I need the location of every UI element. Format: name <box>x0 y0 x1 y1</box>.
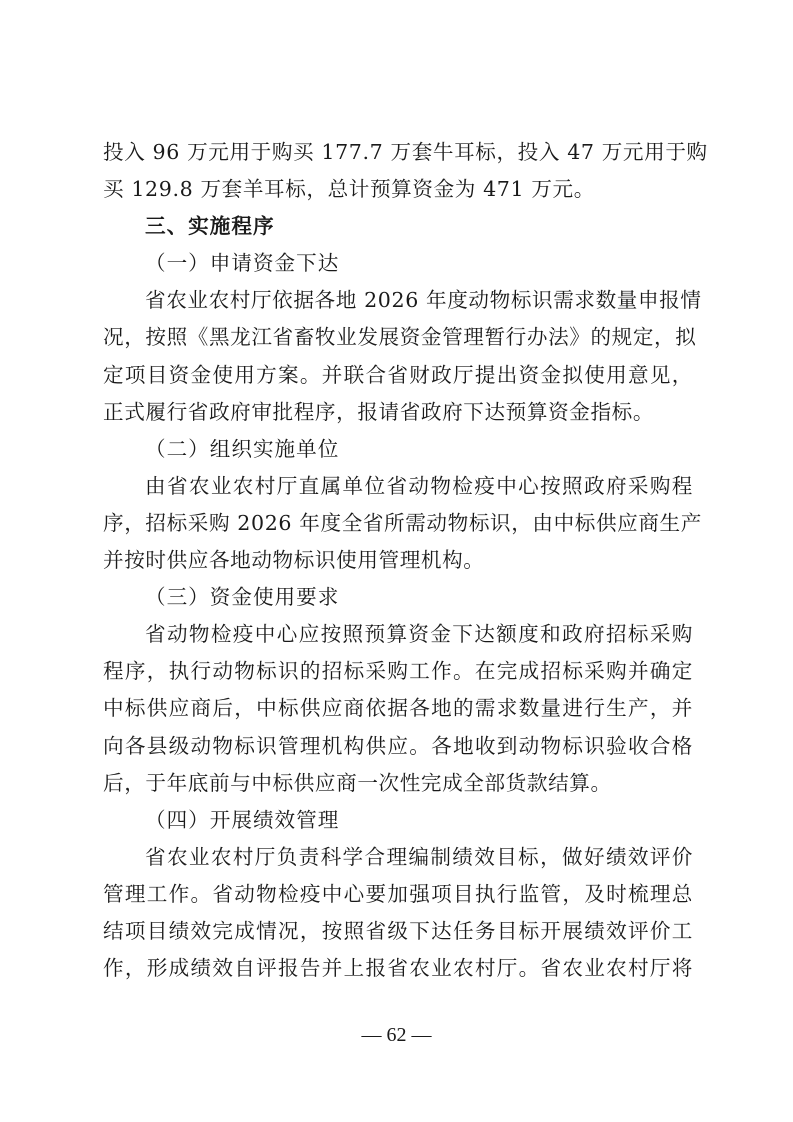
subsection-heading-fund-allocation: （一）申请资金下达 <box>103 245 693 282</box>
text-line: 向各县级动物标识管理机构供应。各地收到动物标识验收合格 <box>103 728 693 765</box>
page-number: — 62 — <box>0 1024 793 1047</box>
section-heading-implementation-procedure: 三、实施程序 <box>103 208 693 245</box>
subsection-heading-implementing-unit: （二）组织实施单位 <box>103 431 693 468</box>
text-line: 序，招标采购 2026 年度全省所需动物标识，由中标供应商生产 <box>103 505 693 542</box>
subsection-heading-fund-usage-requirements: （三）资金使用要求 <box>103 579 693 616</box>
text-line: 后，于年底前与中标供应商一次性完成全部货款结算。 <box>103 765 693 802</box>
text-line: 买 129.8 万套羊耳标，总计预算资金为 471 万元。 <box>103 171 693 208</box>
paragraph-first-line: 省动物检疫中心应按照预算资金下达额度和政府招标采购 <box>103 616 693 653</box>
text-line: 投入 96 万元用于购买 177.7 万套牛耳标，投入 47 万元用于购 <box>103 134 693 171</box>
text-line: 正式履行省政府审批程序，报请省政府下达预算资金指标。 <box>103 394 693 431</box>
document-page-body: 投入 96 万元用于购买 177.7 万套牛耳标，投入 47 万元用于购 买 1… <box>103 134 693 987</box>
subsection-heading-performance-management: （四）开展绩效管理 <box>103 802 693 839</box>
paragraph-first-line: 省农业农村厅依据各地 2026 年度动物标识需求数量申报情 <box>103 282 693 319</box>
text-line: 作，形成绩效自评报告并上报省农业农村厅。省农业农村厅将 <box>103 950 693 987</box>
paragraph-first-line: 由省农业农村厅直属单位省动物检疫中心按照政府采购程 <box>103 468 693 505</box>
text-line: 程序，执行动物标识的招标采购工作。在完成招标采购并确定 <box>103 653 693 690</box>
paragraph-first-line: 省农业农村厅负责科学合理编制绩效目标，做好绩效评价 <box>103 839 693 876</box>
text-line: 中标供应商后，中标供应商依据各地的需求数量进行生产，并 <box>103 690 693 727</box>
text-line: 况，按照《黑龙江省畜牧业发展资金管理暂行办法》的规定，拟 <box>103 319 693 356</box>
text-line: 结项目绩效完成情况，按照省级下达任务目标开展绩效评价工 <box>103 913 693 950</box>
text-line: 定项目资金使用方案。并联合省财政厅提出资金拟使用意见， <box>103 357 693 394</box>
text-line: 并按时供应各地动物标识使用管理机构。 <box>103 542 693 579</box>
text-line: 管理工作。省动物检疫中心要加强项目执行监管，及时梳理总 <box>103 876 693 913</box>
